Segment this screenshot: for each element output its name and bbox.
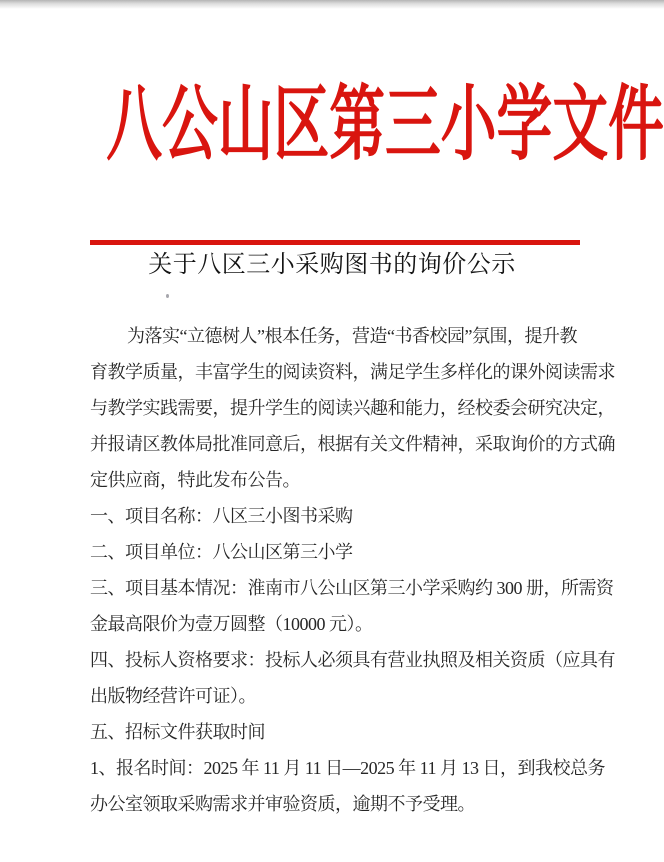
body-line: 二、项目单位：八公山区第三小学 [90,534,610,570]
scanned-document-page: 八公山区第三小学文件 关于八区三小采购图书的询价公示 为落实“立德树人”根本任务… [0,0,664,862]
notice-body: 为落实“立德树人”根本任务，营造“书香校园”氛围，提升教 育教学质量，丰富学生的… [90,318,610,822]
body-line: 金最高限价为壹万圆整（10000 元）。 [90,606,610,642]
body-line: 育教学质量，丰富学生的阅读资料，满足学生多样化的课外阅读需求 [90,354,610,390]
body-line: 一、项目名称：八区三小图书采购 [90,498,610,534]
body-line: 五、招标文件获取时间 [90,714,610,750]
scan-edge-shadow [0,0,664,9]
scan-speck [166,294,169,298]
body-line: 与教学实践需要，提升学生的阅读兴趣和能力，经校委会研究决定， [90,390,610,426]
body-line: 并报请区教体局批准同意后，根据有关文件精神，采取询价的方式确 [90,426,610,462]
red-divider [90,240,580,245]
body-line: 三、项目基本情况：淮南市八公山区第三小学采购约 300 册，所需资 [90,570,610,606]
body-line: 出版物经营许可证）。 [90,678,610,714]
body-line: 办公室领取采购需求并审验资质，逾期不予受理。 [90,786,610,822]
body-line: 四、投标人资格要求：投标人必须具有营业执照及相关资质（应具有 [90,642,610,678]
notice-title: 关于八区三小采购图书的询价公示 [0,251,664,279]
body-line: 为落实“立德树人”根本任务，营造“书香校园”氛围，提升教 [90,318,610,354]
body-line: 定供应商，特此发布公告。 [90,462,610,498]
letterhead-title: 八公山区第三小学文件 [106,82,558,168]
body-line: 1、报名时间：2025 年 11 月 11 日—2025 年 11 月 13 日… [90,750,610,786]
